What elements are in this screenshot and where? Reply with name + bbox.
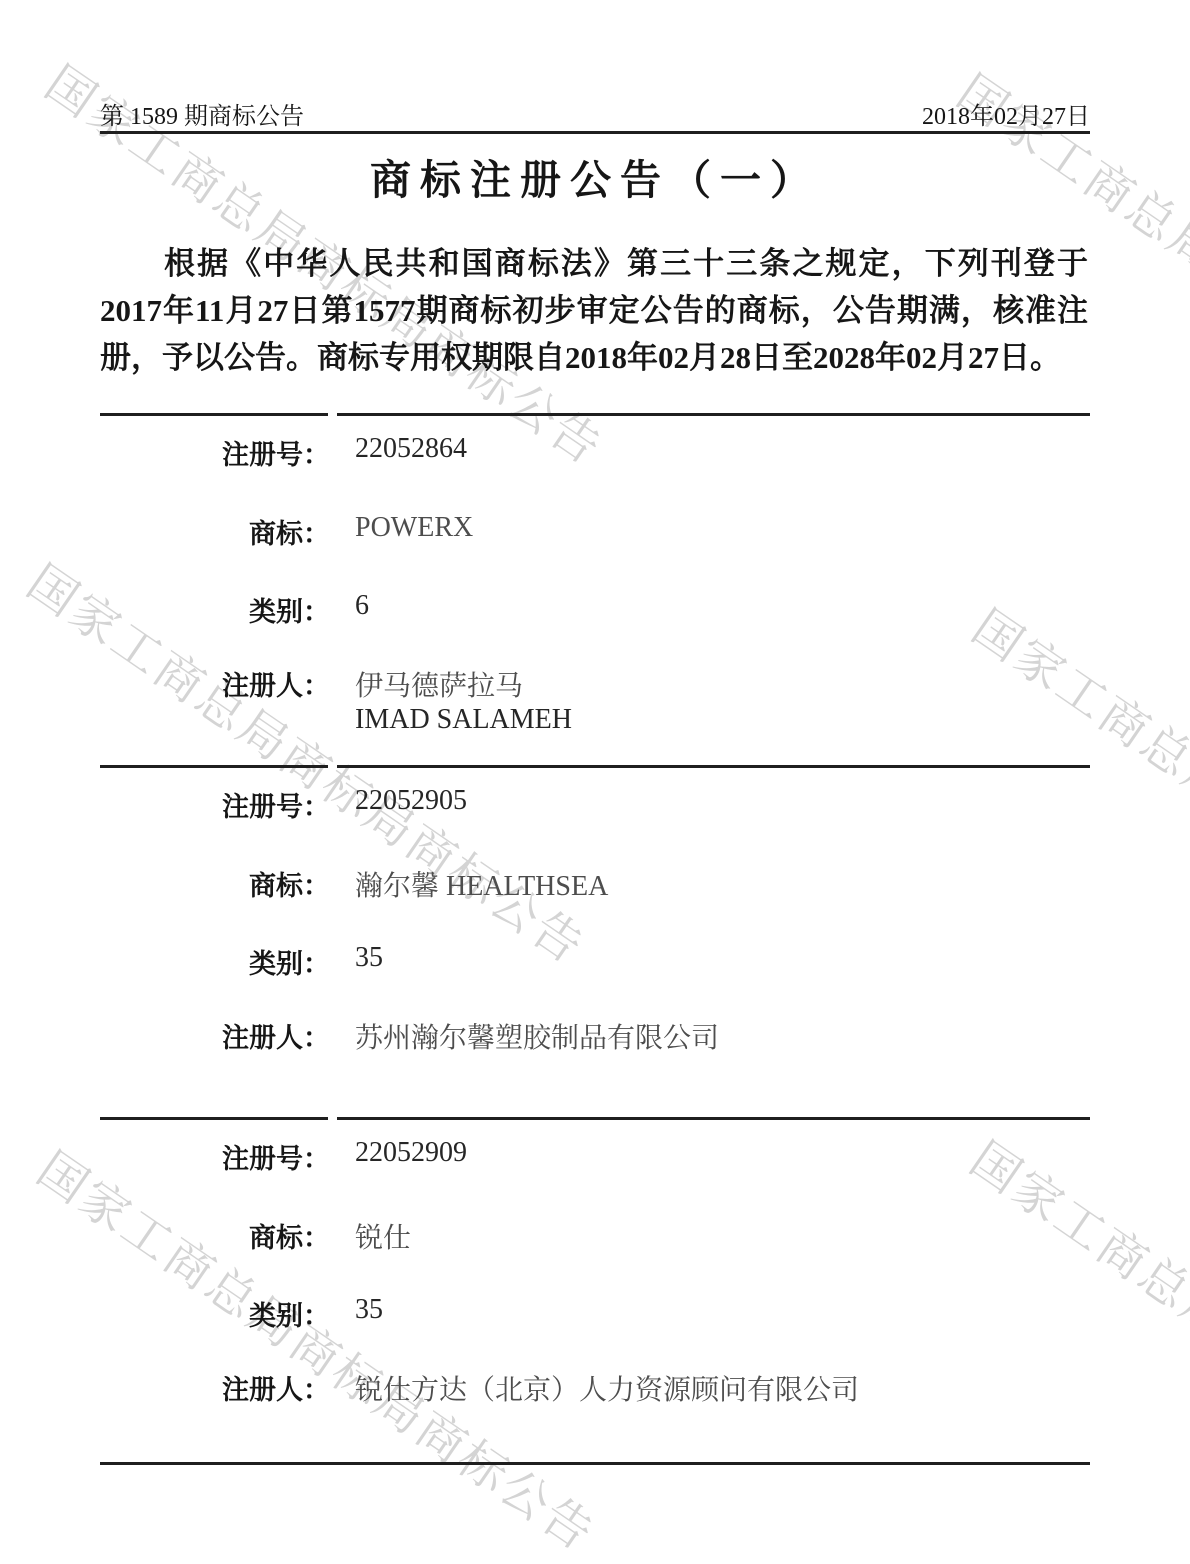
divider-notch xyxy=(328,412,337,418)
entry-divider xyxy=(100,765,1090,768)
registrant-label: 注册人： xyxy=(100,1016,330,1055)
trademark-value: POWERX xyxy=(355,512,1075,544)
trademark-label: 商标： xyxy=(100,512,330,551)
reg-no-row: 注册号： 22052864 xyxy=(0,433,1190,475)
entry-divider xyxy=(100,413,1090,416)
reg-no-row: 注册号： 22052909 xyxy=(0,1137,1190,1179)
registrant-row: 注册人： 苏州瀚尔馨塑胶制品有限公司 xyxy=(0,1016,1190,1058)
header-rule xyxy=(100,131,1090,134)
reg-no-value: 22052905 xyxy=(355,785,1075,817)
reg-no-label: 注册号： xyxy=(100,785,330,824)
reg-no-label: 注册号： xyxy=(100,1137,330,1176)
trademark-label: 商标： xyxy=(100,864,330,903)
registrant-row: 注册人： 伊马德萨拉马 xyxy=(0,664,1190,706)
divider-notch xyxy=(328,764,337,770)
registrant-label: 注册人： xyxy=(100,664,330,703)
intro-paragraph: 根据《中华人民共和国商标法》第三十三条之规定，下列刊登于2017年11月27日第… xyxy=(100,240,1088,381)
page: 第 1589 期商标公告 2018年02月27日 商标注册公告（一） 根据《中华… xyxy=(0,0,1190,1564)
trademark-row: 商标： 瀚尔馨 HEALTHSEA xyxy=(0,864,1190,906)
reg-no-value: 22052864 xyxy=(355,433,1075,465)
registrant-row: 注册人： 锐仕方达（北京）人力资源顾问有限公司 xyxy=(0,1368,1190,1410)
category-label: 类别： xyxy=(100,590,330,629)
trademark-entry: 注册号： 22052909 商标： 锐仕 类别： 35 注册人： 锐仕方达（北京… xyxy=(0,1117,1190,1469)
category-label: 类别： xyxy=(100,1294,330,1333)
registrant-en-row: IMAD SALAMEH xyxy=(0,704,1190,746)
reg-no-label: 注册号： xyxy=(100,433,330,472)
registrant-value: 锐仕方达（北京）人力资源顾问有限公司 xyxy=(355,1368,1075,1408)
reg-no-value: 22052909 xyxy=(355,1137,1075,1169)
trademark-entry: 注册号： 22052864 商标： POWERX 类别： 6 注册人： 伊马德萨… xyxy=(0,413,1190,765)
trademark-label: 商标： xyxy=(100,1216,330,1255)
trademark-entry: 注册号： 22052905 商标： 瀚尔馨 HEALTHSEA 类别： 35 注… xyxy=(0,765,1190,1117)
divider-notch xyxy=(328,1116,337,1122)
registrant-value: 苏州瀚尔馨塑胶制品有限公司 xyxy=(355,1016,1075,1056)
category-value: 6 xyxy=(355,590,1075,622)
category-value: 35 xyxy=(355,942,1075,974)
registrant-value: 伊马德萨拉马 xyxy=(355,664,1075,704)
category-label: 类别： xyxy=(100,942,330,981)
category-row: 类别： 35 xyxy=(0,942,1190,984)
issue-label: 第 1589 期商标公告 xyxy=(100,96,304,131)
registrant-en-value: IMAD SALAMEH xyxy=(355,704,1075,736)
closing-rule xyxy=(100,1462,1090,1465)
page-title: 商标注册公告（一） xyxy=(0,147,1190,206)
category-row: 类别： 6 xyxy=(0,590,1190,632)
registrant-label: 注册人： xyxy=(100,1368,330,1407)
trademark-value: 瀚尔馨 HEALTHSEA xyxy=(355,864,1075,904)
trademark-row: 商标： 锐仕 xyxy=(0,1216,1190,1258)
publication-date: 2018年02月27日 xyxy=(922,96,1090,131)
entry-divider xyxy=(100,1117,1090,1120)
category-row: 类别： 35 xyxy=(0,1294,1190,1336)
trademark-value: 锐仕 xyxy=(355,1216,1075,1256)
reg-no-row: 注册号： 22052905 xyxy=(0,785,1190,827)
trademark-row: 商标： POWERX xyxy=(0,512,1190,554)
category-value: 35 xyxy=(355,1294,1075,1326)
